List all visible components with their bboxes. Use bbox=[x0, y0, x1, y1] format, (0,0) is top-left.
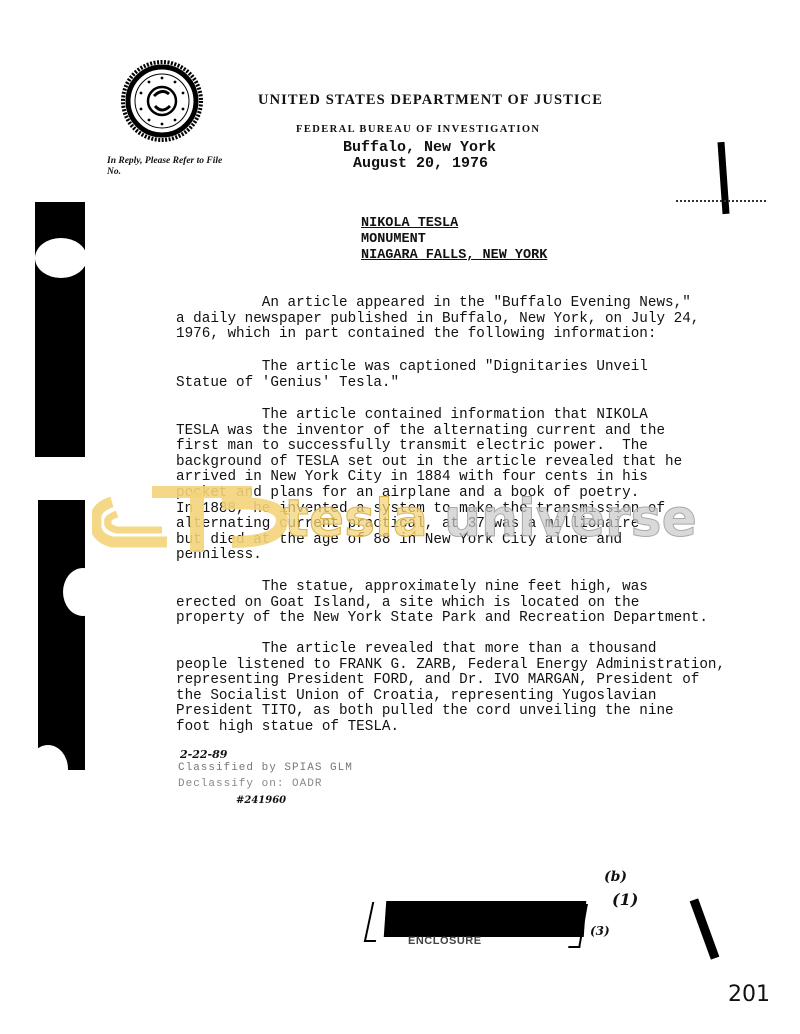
page-number: 201 bbox=[728, 982, 770, 1007]
letter-date: August 20, 1976 bbox=[353, 155, 488, 172]
subject-line-2: MONUMENT bbox=[361, 232, 547, 248]
fbi-seal-icon bbox=[121, 60, 203, 142]
handwritten-slash-mark bbox=[717, 142, 729, 214]
subject-line-1: NIKOLA TESLA bbox=[361, 216, 547, 232]
binding-strip-top bbox=[35, 202, 85, 457]
bracket-left-mark bbox=[364, 902, 385, 942]
handwritten-slash-mark-bottom bbox=[690, 898, 720, 959]
handwritten-file-number: #241960 bbox=[236, 795, 286, 806]
body-paragraph: The article revealed that more than a th… bbox=[176, 642, 776, 736]
subject-line-3: NIAGARA FALLS, NEW YORK bbox=[361, 248, 547, 264]
handwritten-date: 2-22-89 bbox=[180, 748, 227, 761]
subject-block: NIKOLA TESLA MONUMENT NIAGARA FALLS, NEW… bbox=[361, 216, 547, 264]
body-paragraph: The statue, approximately nine feet high… bbox=[176, 580, 776, 627]
department-heading: UNITED STATES DEPARTMENT OF JUSTICE bbox=[258, 92, 603, 109]
body-paragraph: An article appeared in the "Buffalo Even… bbox=[176, 296, 776, 343]
handwritten-scribble bbox=[676, 192, 766, 202]
binding-strip-bottom bbox=[38, 500, 85, 770]
reply-reference-note: In Reply, Please Refer to File No. bbox=[107, 156, 237, 178]
enclosure-stamp: ENCLOSURE bbox=[408, 935, 482, 947]
body-paragraph: The article contained information that N… bbox=[176, 408, 776, 564]
classified-by-stamp: Classified by SPIAS GLM bbox=[178, 762, 353, 774]
bureau-heading: FEDERAL BUREAU OF INVESTIGATION bbox=[296, 124, 540, 135]
exemption-mark-3: (3) bbox=[590, 924, 610, 938]
office-location: Buffalo, New York bbox=[343, 139, 496, 156]
exemption-mark-b: (b) bbox=[604, 869, 627, 885]
redaction-block bbox=[384, 901, 587, 937]
body-paragraph: The article was captioned "Dignitaries U… bbox=[176, 360, 776, 391]
exemption-mark-1: (1) bbox=[612, 890, 638, 909]
declassify-stamp: Declassify on: OADR bbox=[178, 778, 322, 790]
